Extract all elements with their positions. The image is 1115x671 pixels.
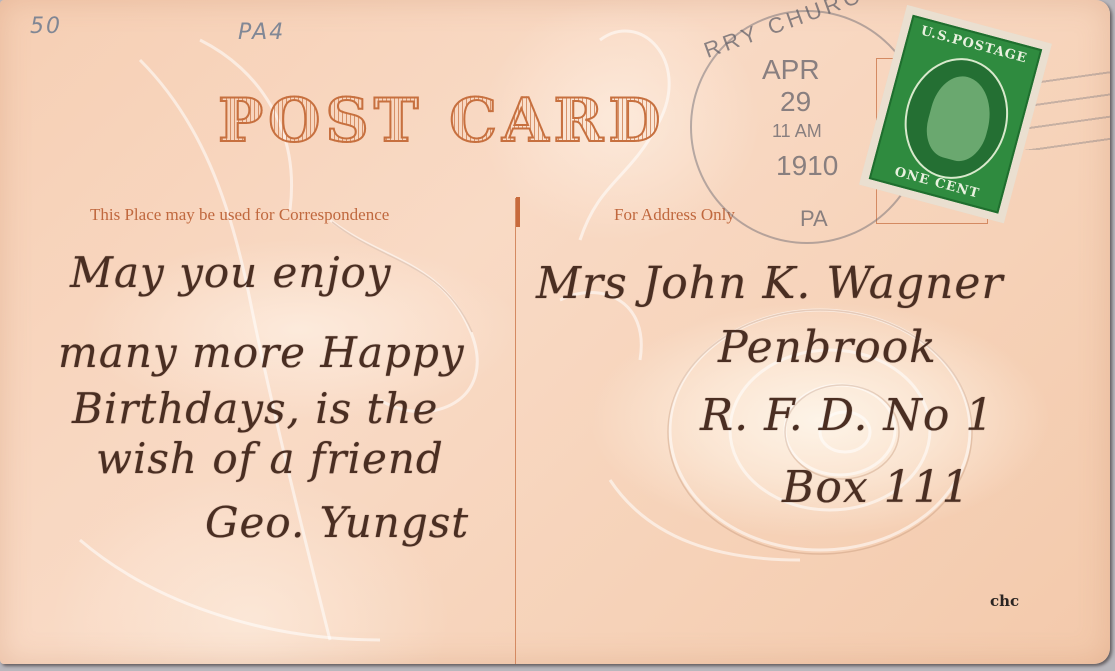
postmark-state: PA [800,208,828,230]
correspondence-label: This Place may be used for Correspondenc… [90,205,389,225]
center-divider [515,198,516,664]
message-line-4: wish of a friend [96,434,444,483]
address-line-3: R. F. D. No 1 [700,390,994,441]
postcard: 50 PA4 POST CARD This Place may be used … [0,0,1110,664]
pencil-note-price: 50 [30,14,62,39]
address-line-2: Penbrook [718,322,937,373]
divider-tick [516,197,520,227]
postmark-year: 1910 [776,152,838,180]
pencil-note-code: PA4 [238,20,285,45]
message-signature: Geo. Yungst [205,498,469,547]
message-line-1: May you enjoy [70,248,391,297]
message-line-2: many more Happy [58,328,465,377]
address-line-4: Box 111 [782,462,971,513]
address-line-1: Mrs John K. Wagner [536,258,1004,309]
postmark-month: APR [762,56,820,84]
postmark-time: 11 AM [772,122,822,140]
publisher-mark: chc [990,592,1019,610]
address-label: For Address Only [614,205,735,225]
franklin-portrait-icon [920,70,1000,167]
postmark-day: 29 [780,88,811,116]
message-line-3: Birthdays, is the [72,384,438,433]
